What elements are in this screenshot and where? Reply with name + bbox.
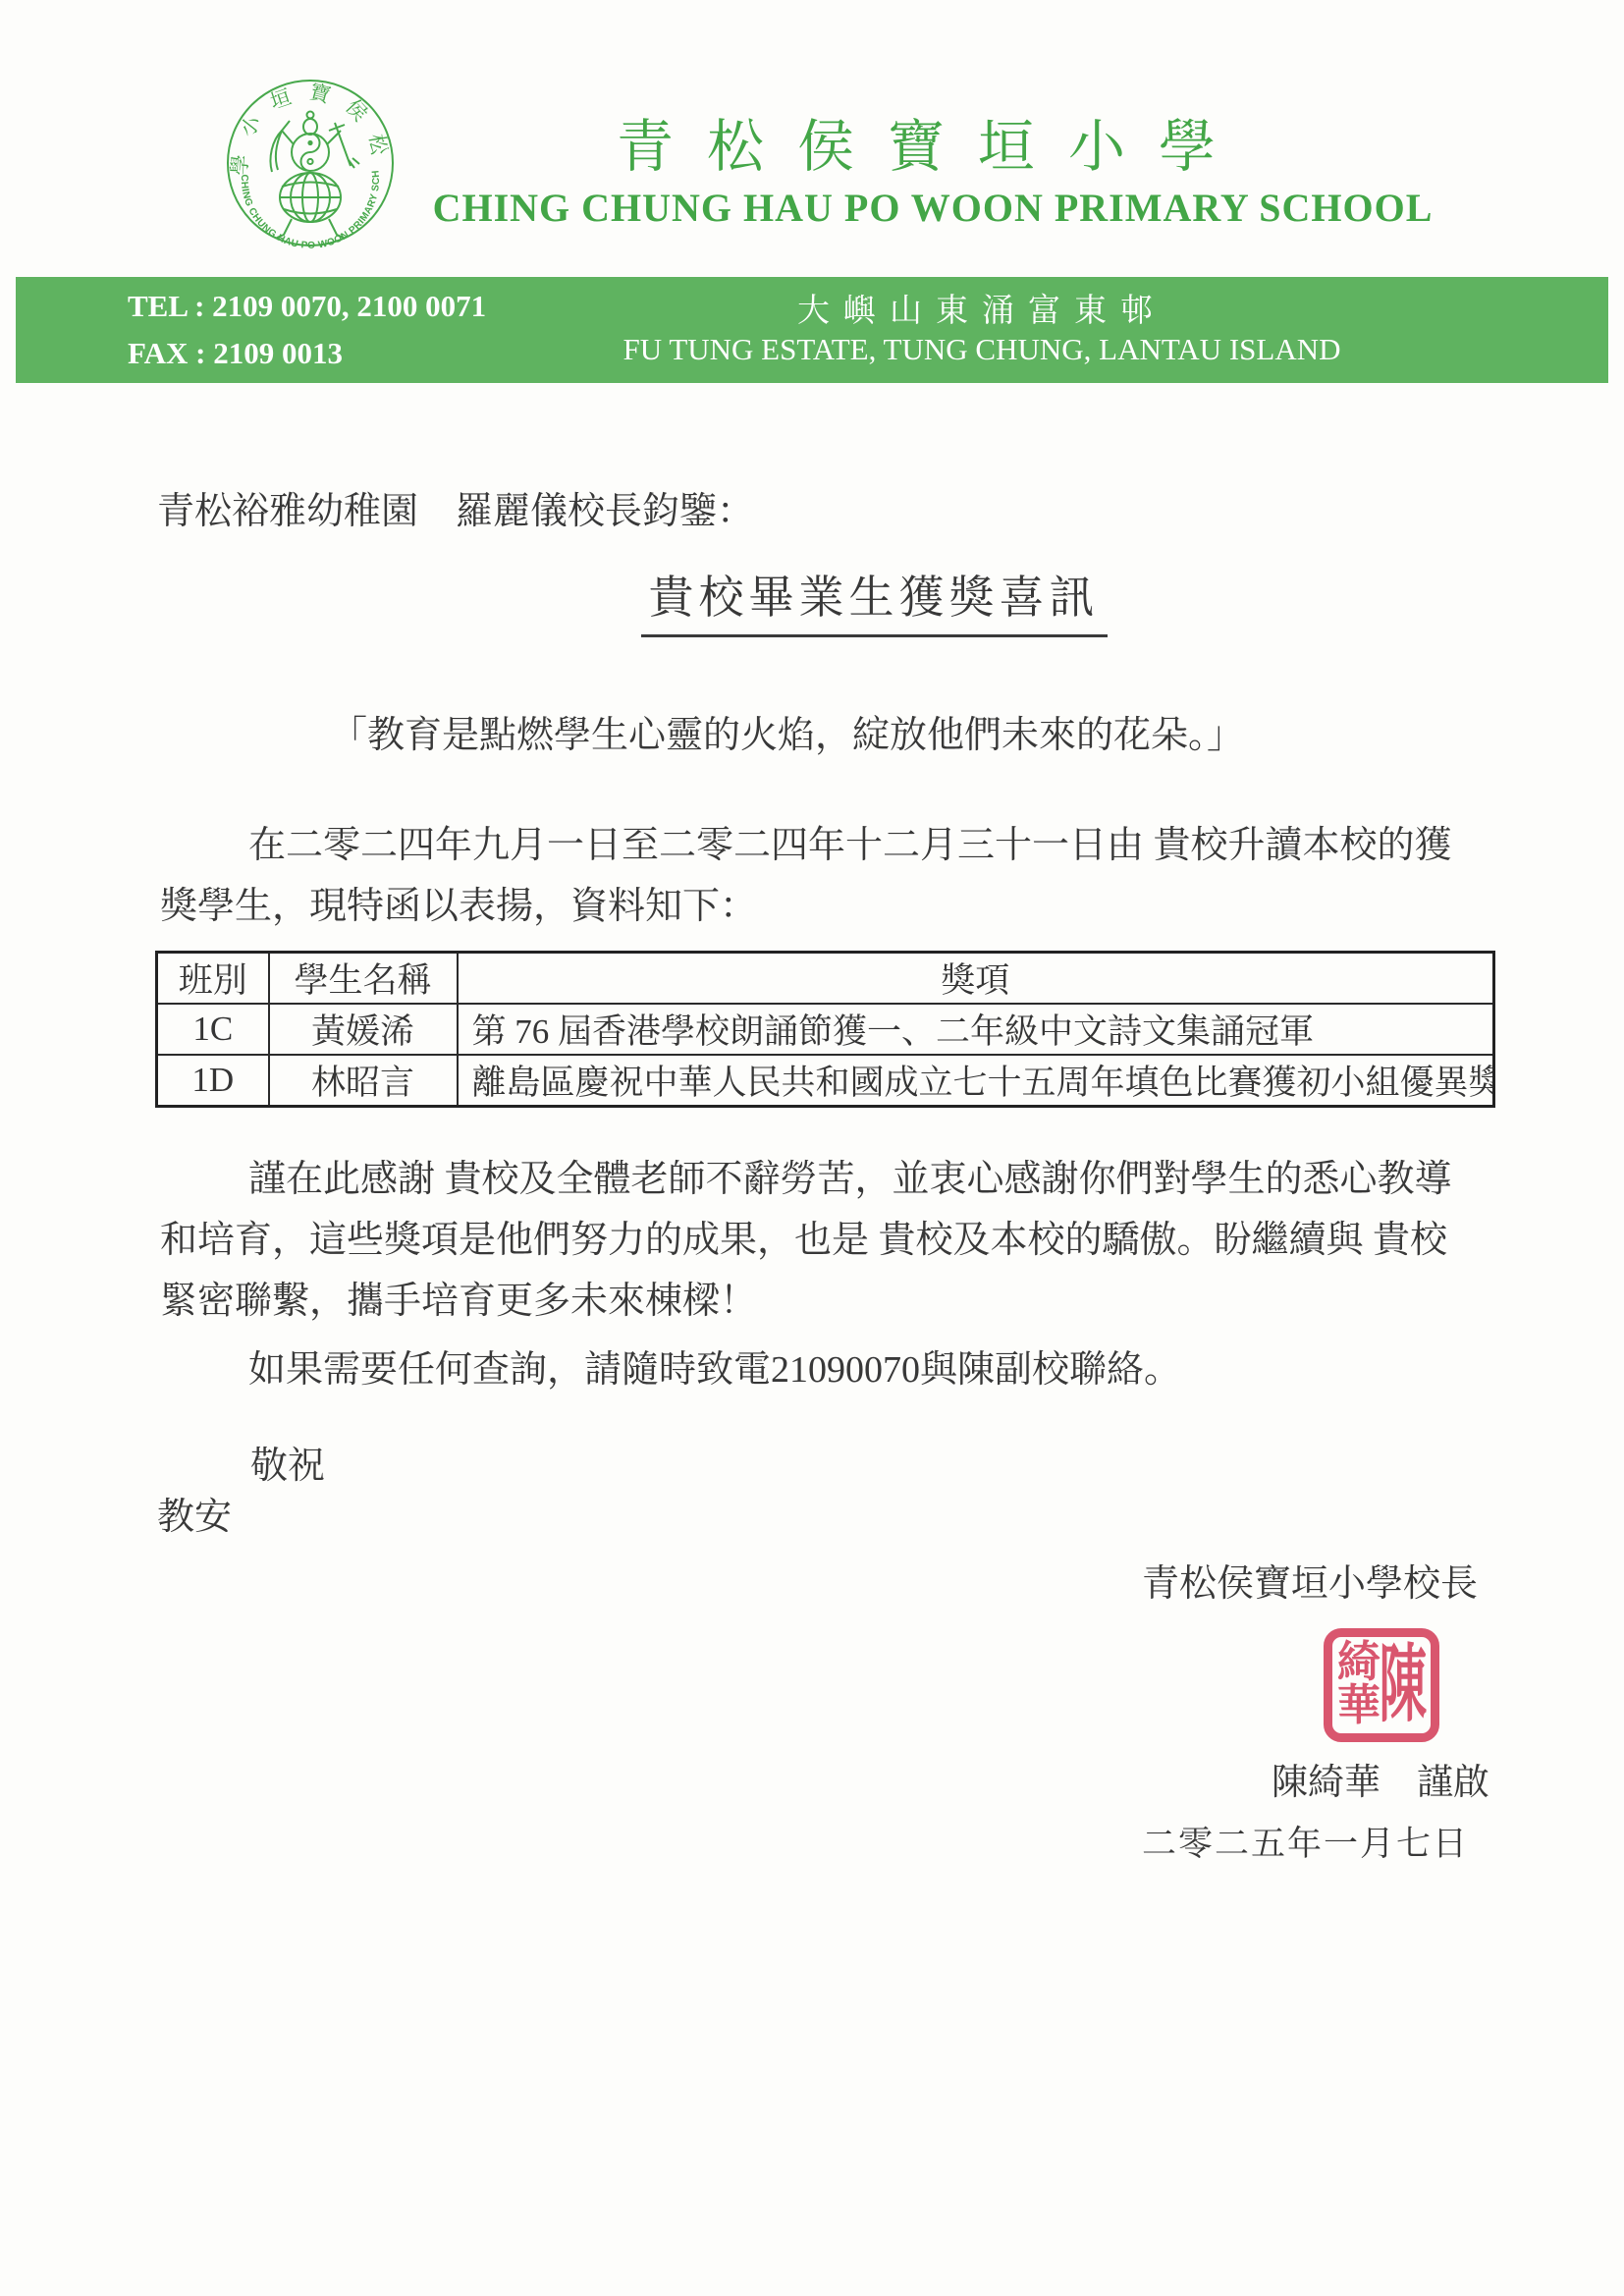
school-name-zh: 青松侯寶垣小學	[491, 100, 1375, 183]
awards-table-header-row: 班別 學生名稱 獎項	[157, 953, 1494, 1005]
closing-line2: 教安	[157, 1495, 232, 1542]
globe-icon	[280, 173, 341, 222]
address-en-line: FU TUNG ESTATE, TUNG CHUNG, LANTAU ISLAN…	[550, 332, 1414, 367]
school-logo: 學小垣寶侯松青 CHING CHUNG HAU PO WOON PRIMARY …	[225, 76, 396, 250]
para2-line1: 謹在此感謝 貴校及全體老師不辭勞苦，並衷心感謝你們對學生的悉心教導	[248, 1157, 1452, 1204]
contact-line: 如果需要任何查詢，請隨時致電21090070與陳副校聯絡。	[248, 1347, 1181, 1394]
principal-name-line: 陳綺華 謹啟	[1272, 1761, 1489, 1806]
emblem-neck	[303, 119, 317, 135]
letter-title: 貴校畢業生獲獎喜訊	[641, 562, 1108, 637]
closing-line1: 敬祝	[250, 1444, 325, 1491]
para2-line3: 緊密聯繫，攜手培育更多未來棟樑！	[160, 1279, 757, 1326]
tel-line: TEL : 2109 0070, 2100 0071	[128, 289, 486, 324]
contact-banner: TEL : 2109 0070, 2100 0071 FAX : 2109 00…	[16, 277, 1608, 383]
principal-title-line: 青松侯寶垣小學校長	[1142, 1561, 1478, 1609]
letter-page: 學小垣寶侯松青 CHING CHUNG HAU PO WOON PRIMARY …	[0, 0, 1624, 2296]
logo-arc-top-text: 學小垣寶侯松青	[225, 76, 394, 176]
cell-name: 黃媛浠	[269, 1004, 458, 1055]
yin-yang-icon	[292, 134, 329, 171]
address-zh-line: 大嶼山東涌富東邨	[609, 285, 1355, 331]
cell-class: 1C	[157, 1004, 269, 1055]
seal-char-left-top: 綺	[1337, 1641, 1380, 1684]
letter-date: 二零二五年一月七日	[1142, 1823, 1469, 1866]
letter-title-wrap: 貴校畢業生獲獎喜訊	[245, 562, 1502, 637]
fax-line: FAX : 2109 0013	[128, 336, 343, 371]
whisk-icon	[270, 121, 294, 172]
cell-award: 離島區慶祝中華人民共和國成立七十五周年填色比賽獲初小組優異獎	[458, 1055, 1494, 1107]
seal-char-right: 陳	[1380, 1643, 1427, 1727]
header-award: 獎項	[458, 953, 1494, 1005]
principal-seal-stamp: 陳 綺 華	[1324, 1628, 1439, 1742]
logo-emblem	[270, 112, 359, 239]
table-row: 1D 林昭言 離島區慶祝中華人民共和國成立七十五周年填色比賽獲初小組優異獎	[157, 1055, 1494, 1107]
school-name-en: CHING CHUNG HAU PO WOON PRIMARY SCHOOL	[373, 185, 1492, 231]
table-row: 1C 黃媛浠 第 76 屆香港學校朗誦節獲一、二年級中文詩文集誦冠軍	[157, 1004, 1494, 1055]
para2-line2: 和培育，這些獎項是他們努力的成果，也是 貴校及本校的驕傲。盼繼續與 貴校	[160, 1218, 1447, 1265]
quote-line: 「教育是點燃學生心靈的火焰，綻放他們未來的花朵。」	[330, 713, 1244, 760]
salutation: 青松裕雅幼稚園 羅麗儀校長鈞鑒：	[157, 489, 754, 536]
para1-line2: 獎學生，現特函以表揚，資料知下：	[160, 884, 757, 931]
seal-char-left-bottom: 華	[1337, 1684, 1380, 1727]
emblem-head	[307, 112, 314, 119]
awards-table: 班別 學生名稱 獎項 1C 黃媛浠 第 76 屆香港學校朗誦節獲一、二年級中文詩…	[155, 951, 1495, 1108]
cell-award: 第 76 屆香港學校朗誦節獲一、二年級中文詩文集誦冠軍	[458, 1004, 1494, 1055]
cell-name: 林昭言	[269, 1055, 458, 1107]
header-student-name: 學生名稱	[269, 953, 458, 1005]
para1-line1: 在二零二四年九月一日至二零二四年十二月三十一日由 貴校升讀本校的獲	[248, 823, 1452, 870]
cell-class: 1D	[157, 1055, 269, 1107]
sword-icon	[327, 123, 359, 168]
header-class: 班別	[157, 953, 269, 1005]
